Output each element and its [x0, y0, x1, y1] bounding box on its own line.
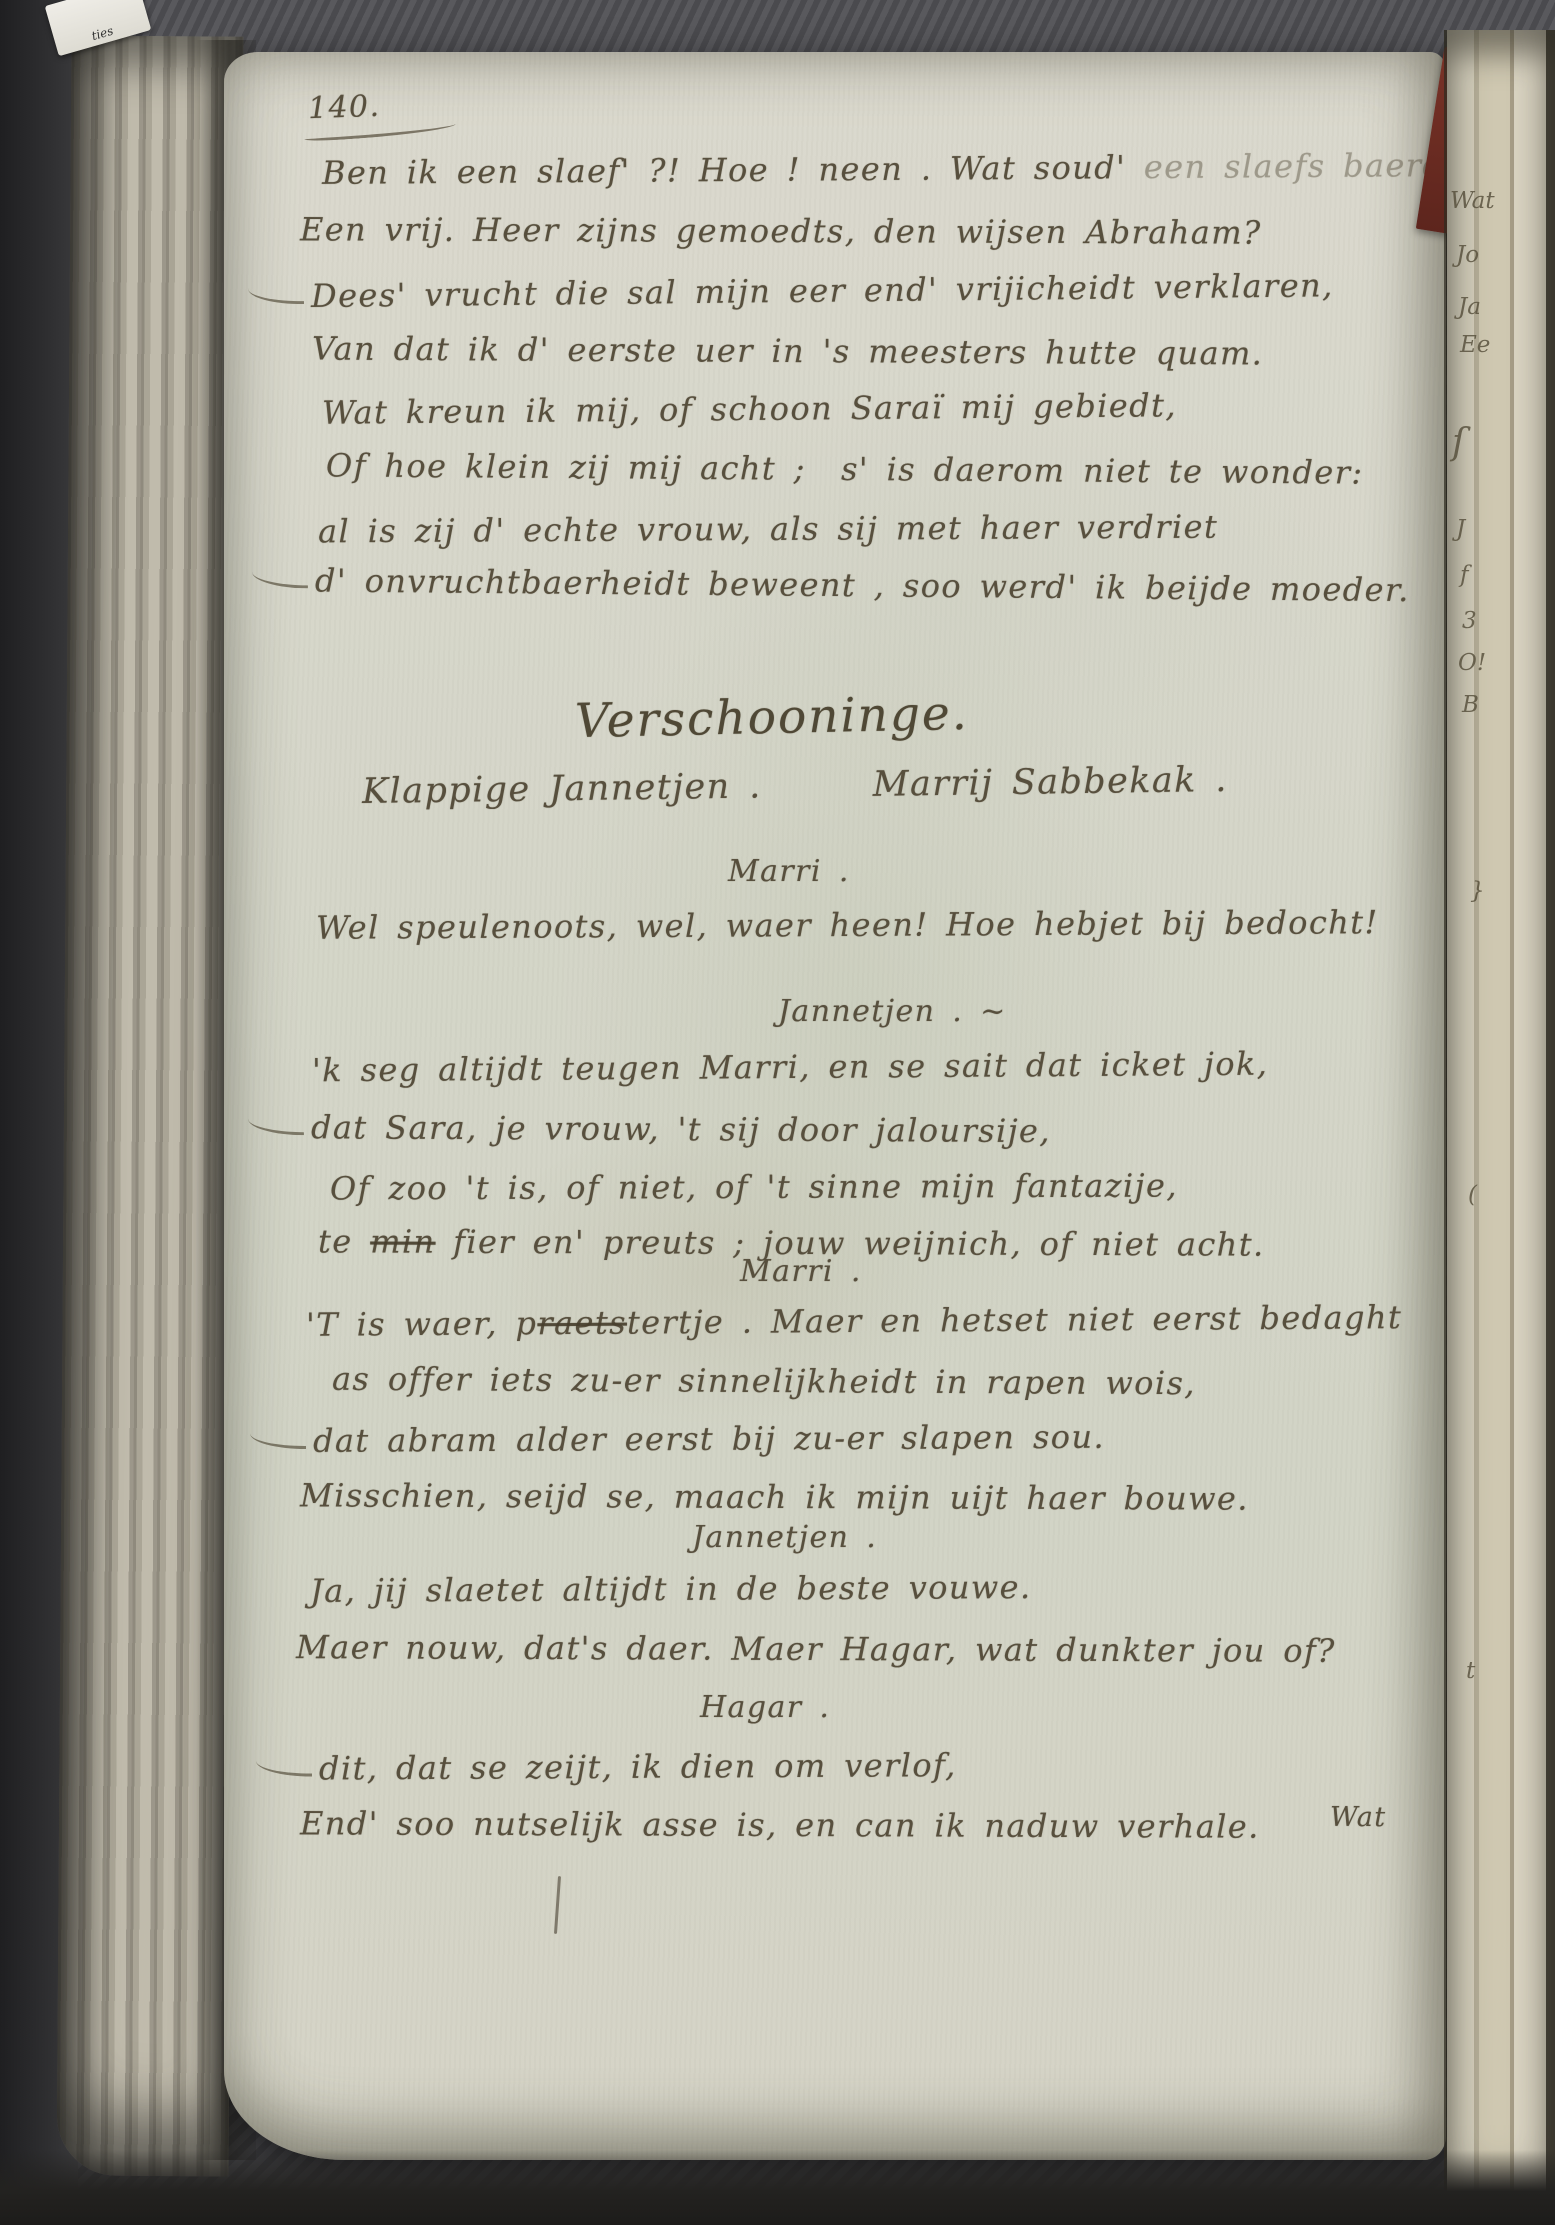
- verse-line: al is zij d' echte vrouw, als sij met ha…: [318, 508, 1218, 551]
- speaker-heading-jannetjen: Jannetjen . ~: [778, 994, 1007, 1029]
- verse-line: Wat kreun ik mij, of schoon Saraï mij ge…: [322, 386, 1177, 431]
- dialogue-line: dat abram alder eerst bij zu-er slapen s…: [250, 1418, 1105, 1460]
- dialogue-line: Of zoo 't is, of niet, of 't sinne mijn …: [330, 1167, 1178, 1208]
- speaker-heading-marri: Marri .: [728, 854, 850, 889]
- margin-text-fragment: Ee: [1460, 332, 1490, 358]
- verse-line: Ben ik een slaef' ?! Hoe ! neen . Wat so…: [322, 146, 1445, 192]
- catchword: Wat: [1330, 1802, 1387, 1833]
- dialogue-line: Wel speulenoots, wel, waer heen! Hoe heb…: [316, 903, 1379, 947]
- speaker-heading-marri: Marri .: [740, 1254, 862, 1289]
- margin-text-fragment: Jo: [1456, 242, 1479, 268]
- dialogue-line: Ja, jij slaetet altijdt in de beste vouw…: [310, 1568, 1032, 1610]
- sticker-text: ties: [90, 24, 115, 44]
- margin-text-fragment: ſ: [1452, 422, 1465, 463]
- dialogue-line: dit, dat se zeijt, ik dien om verlof,: [256, 1746, 957, 1788]
- speaker-heading-hagar: Hagar .: [700, 1690, 830, 1725]
- dialogue-line: Maer nouw, dat's daer. Maer Hagar, wat d…: [296, 1628, 1336, 1670]
- scene-heading: Verschooninge.: [574, 686, 969, 749]
- margin-text-fragment: Ja: [1458, 294, 1481, 320]
- margin-text-fragment: }: [1470, 878, 1485, 904]
- dialogue-line: 'k seg altijdt teugen Marri, en se sait …: [312, 1045, 1269, 1090]
- right-page-edges: Wat Jo Ja Ee ſ J f 3 O! B } ( t: [1444, 30, 1555, 2225]
- struck-word: min: [370, 1223, 436, 1261]
- verse-line: Een vrij. Heer zijns gemoedts, den wijse…: [300, 210, 1262, 251]
- margin-text-fragment: t: [1466, 1658, 1475, 1684]
- dialogue-line: Misschien, seijd se, maach ik mijn uijt …: [300, 1476, 1249, 1517]
- fabric-bottom-band: [0, 2150, 1555, 2225]
- margin-text-fragment: (: [1468, 1182, 1477, 1208]
- margin-text-fragment: J: [1456, 516, 1465, 542]
- verse-line: Van dat ik d' eerste uer in 's meesters …: [312, 330, 1264, 373]
- dialogue-line: as offer iets zu-er sinnelijkheidt in ra…: [332, 1360, 1196, 1403]
- speaker-heading-jannetjen: Jannetjen .: [692, 1520, 877, 1555]
- dialogue-line: dat Sara, je vrouw, 't sij door jaloursi…: [248, 1108, 1051, 1150]
- dialogue-line: 'T is waer, praetstertje . Maer en hetse…: [306, 1298, 1402, 1344]
- folio-number: 140.: [307, 89, 381, 127]
- dialogue-line: End' soo nutselijk asse is, en can ik na…: [300, 1804, 1260, 1845]
- margin-text-fragment: Wat: [1450, 188, 1495, 214]
- verse-line: Of hoe klein zij mij acht ; s' is daerom…: [326, 446, 1364, 491]
- struck-word: raets: [537, 1304, 627, 1343]
- manuscript-photo: ties 140. Ben ik een slaef' ?! Hoe ! nee…: [0, 0, 1555, 2225]
- margin-text-fragment: 3: [1462, 608, 1477, 634]
- faded-line-tail: een slaefs baerd: [1126, 146, 1444, 186]
- margin-text-fragment: B: [1462, 692, 1479, 718]
- margin-text-fragment: O!: [1458, 650, 1486, 676]
- margin-text-fragment: f: [1460, 562, 1469, 588]
